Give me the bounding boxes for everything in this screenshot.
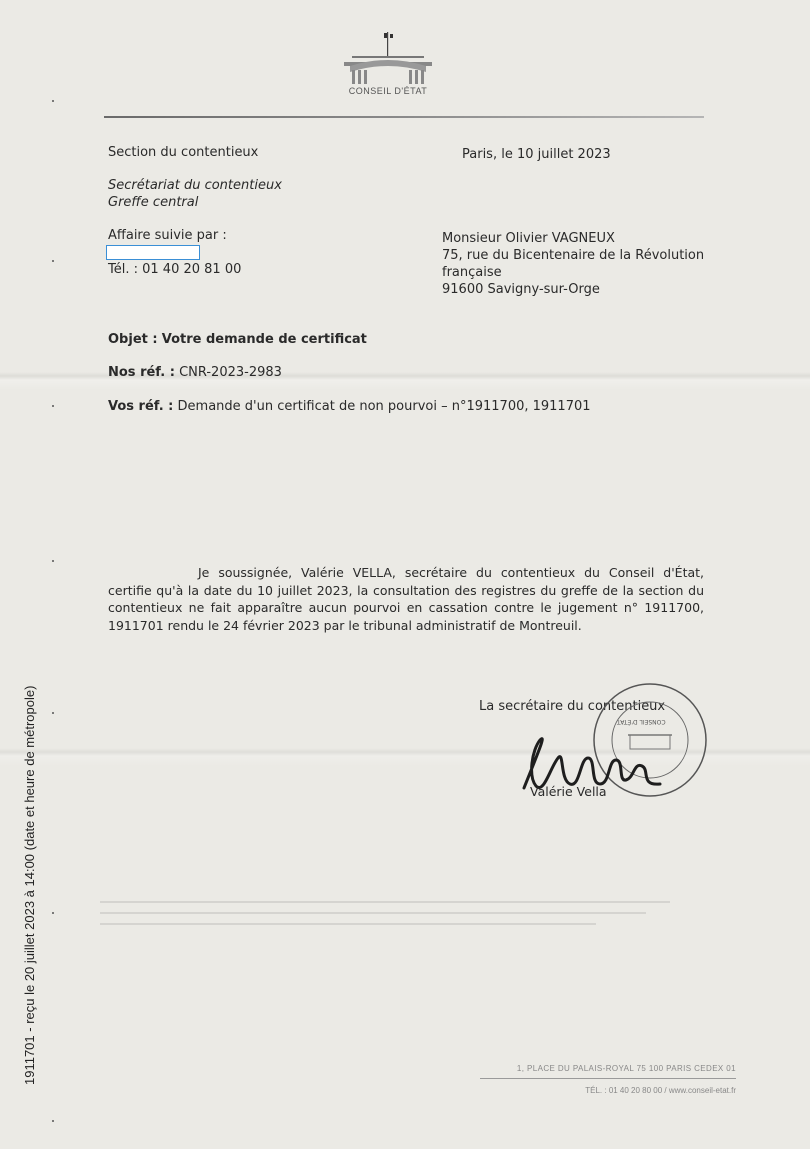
our-reference: Nos réf. : CNR-2023-2983 — [108, 364, 282, 381]
margin-dot — [52, 560, 54, 562]
margin-dot — [52, 100, 54, 102]
certificate-body: Je soussignée, Valérie VELLA, secrétaire… — [108, 564, 704, 634]
header-divider — [104, 116, 704, 118]
recipient-address-line-2: française — [442, 264, 502, 281]
sender-phone: Tél. : 01 40 20 81 00 — [108, 261, 241, 278]
service-line-2: Greffe central — [108, 194, 198, 211]
margin-dot — [52, 1120, 54, 1122]
bleed-through-text — [100, 892, 720, 942]
recipient-address-line-1: 75, rue du Bicentenaire de la Révolution — [442, 247, 704, 264]
seal-center-text: CONSEIL D'ÉTAT — [617, 718, 666, 725]
institution-name: CONSEIL D'ÉTAT — [332, 86, 444, 96]
subject-label: Objet : — [108, 332, 158, 347]
redacted-name-box — [106, 245, 200, 260]
your-ref-value: Demande d'un certificat de non pourvoi –… — [178, 399, 591, 414]
recipient-address-line-3: 91600 Savigny-sur-Orge — [442, 281, 600, 298]
your-reference: Vos réf. : Demande d'un certificat de no… — [108, 398, 591, 415]
followed-by-label: Affaire suivie par : — [108, 227, 227, 244]
footer-divider — [480, 1078, 736, 1079]
service-line-1: Secrétariat du contentieux — [108, 177, 282, 194]
signatory-name: Valérie Vella — [530, 784, 607, 799]
our-ref-label: Nos réf. : — [108, 365, 175, 380]
margin-dot — [52, 712, 54, 714]
footer-address: 1, PLACE DU PALAIS-ROYAL 75 100 PARIS CE… — [480, 1064, 736, 1073]
margin-dot — [52, 912, 54, 914]
certificate-text: Je soussignée, Valérie VELLA, secrétaire… — [108, 565, 704, 633]
receipt-stamp: 1911701 - reçu le 20 juillet 2023 à 14:0… — [22, 686, 37, 1085]
section-name: Section du contentieux — [108, 144, 258, 161]
subject-value: Votre demande de certificat — [162, 332, 367, 347]
our-ref-value: CNR-2023-2983 — [179, 365, 282, 380]
date-line: Paris, le 10 juillet 2023 — [462, 146, 611, 163]
footer-contact: TÉL. : 01 40 20 80 00 / www.conseil-etat… — [480, 1086, 736, 1095]
your-ref-label: Vos réf. : — [108, 399, 173, 414]
recipient-name: Monsieur Olivier VAGNEUX — [442, 230, 615, 247]
margin-dot — [52, 260, 54, 262]
subject-line: Objet : Votre demande de certificat — [108, 331, 367, 348]
margin-dot — [52, 405, 54, 407]
